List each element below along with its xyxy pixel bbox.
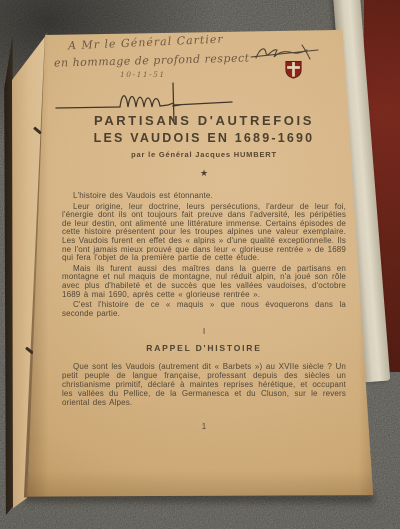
savoy-cross-icon (285, 60, 302, 79)
paragraph: Leur origine, leur doctrine, leurs persé… (62, 203, 346, 263)
paragraph: Que sont les Vaudois (autrement dit « Ba… (62, 363, 346, 407)
title-page: A Mr le Général Cartier en hommage de pr… (24, 28, 376, 498)
paragraph: C'est l'histoire de ce « maquis » que no… (62, 301, 346, 318)
introduction-text: L'histoire des Vaudois est étonnante. Le… (62, 192, 346, 318)
author-byline: par le Général Jacques HUMBERT (62, 150, 346, 159)
printed-content: PARTISANS D'AUTREFOIS LES VAUDOIS EN 168… (62, 114, 346, 431)
page-number: 1 (62, 422, 346, 431)
dedication-line-2: en hommage de profond respect (54, 51, 250, 69)
book-title-line-2: LES VAUDOIS EN 1689-1690 (62, 131, 346, 145)
dedication-line-1: A Mr le Général Cartier (68, 33, 224, 53)
book-title-line-1: PARTISANS D'AUTREFOIS (62, 114, 346, 128)
paragraph: Mais ils furent aussi des maîtres dans l… (62, 265, 346, 299)
cover-edge (0, 30, 14, 520)
photo-background: A Mr le Général Cartier en hommage de pr… (0, 0, 400, 529)
star-ornament: ★ (62, 168, 346, 179)
section-heading: RAPPEL D'HISTOIRE (62, 343, 346, 353)
section-text: Que sont les Vaudois (autrement dit « Ba… (62, 363, 346, 407)
section-number: I (62, 326, 346, 336)
dedication-date: 10-11-51 (120, 70, 166, 79)
paragraph: L'histoire des Vaudois est étonnante. (62, 192, 346, 201)
